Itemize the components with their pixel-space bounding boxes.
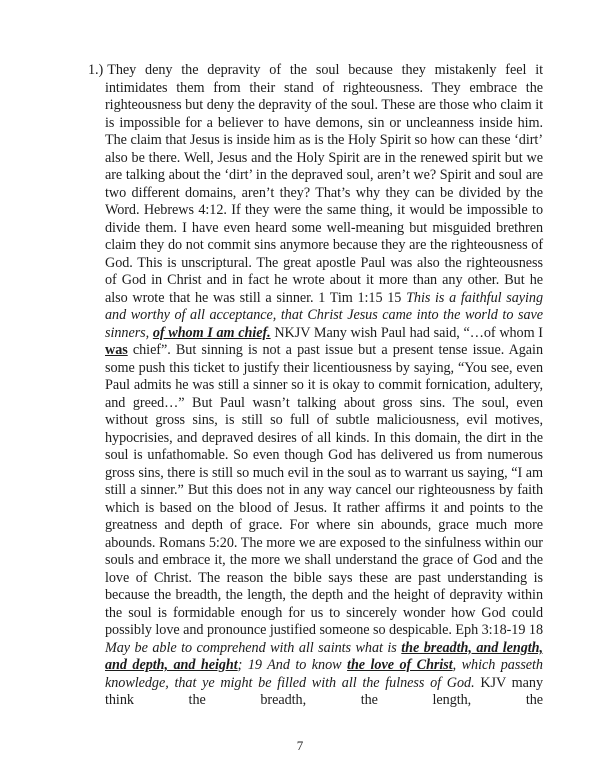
text-run: They deny the depravity of the soul beca… bbox=[105, 62, 543, 306]
document-page: 1.)They deny the depravity of the soul b… bbox=[0, 0, 600, 776]
text-run: May be able to comprehend with all saint… bbox=[105, 640, 401, 656]
text-run: chief”. But sinning is not a past issue … bbox=[105, 342, 543, 638]
page-number: 7 bbox=[0, 738, 600, 754]
numbered-list-item: 1.)They deny the depravity of the soul b… bbox=[88, 62, 543, 710]
text-run: was bbox=[105, 342, 128, 358]
text-run: the love of Christ bbox=[347, 657, 453, 673]
text-run: NKJV Many wish Paul had said, “…of whom … bbox=[271, 325, 543, 341]
text-run: of whom I am chief. bbox=[153, 325, 271, 341]
text-run: ; 19 And to know bbox=[238, 657, 347, 673]
list-number: 1.) bbox=[88, 62, 107, 78]
paragraph-text: They deny the depravity of the soul beca… bbox=[105, 62, 543, 708]
